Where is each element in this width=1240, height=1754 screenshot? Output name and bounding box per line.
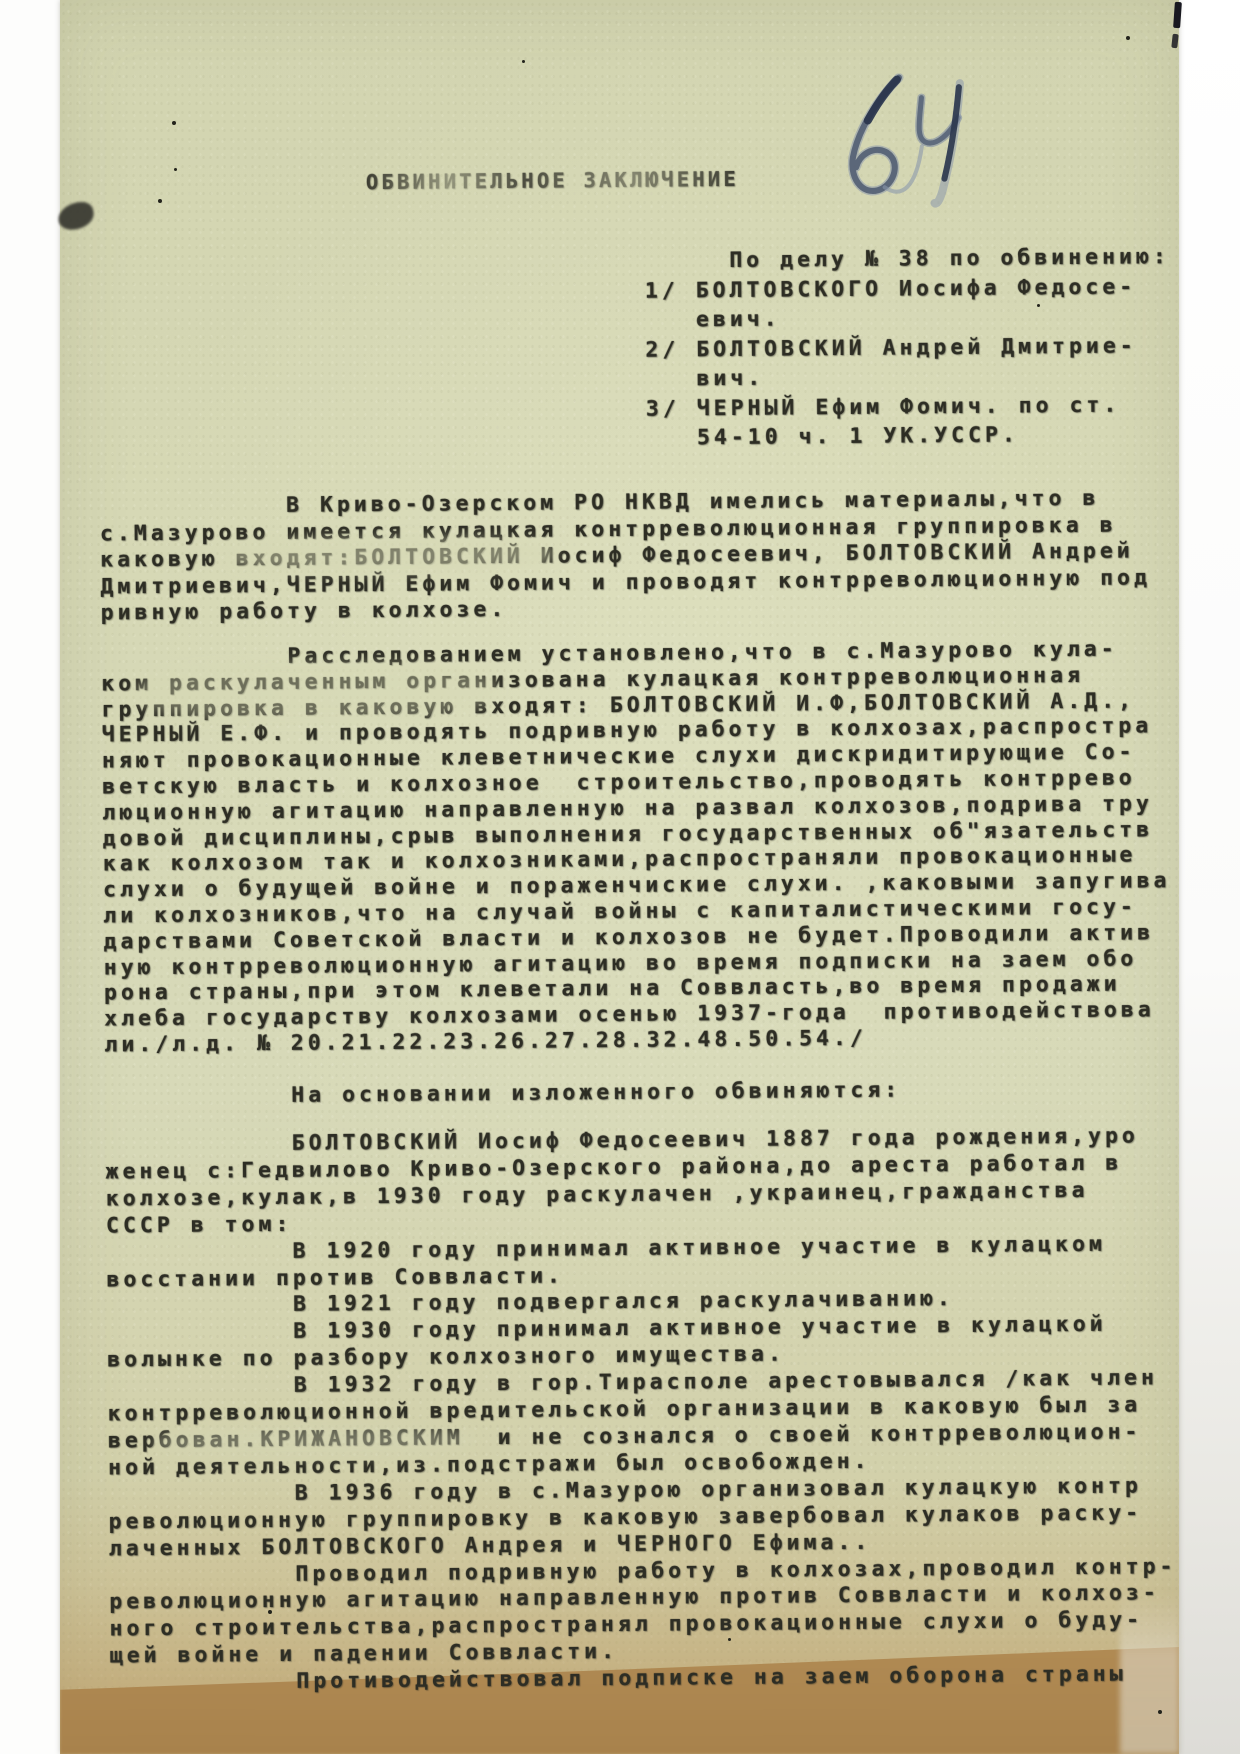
ink-speck [1158, 1710, 1162, 1714]
ink-speck [268, 1610, 272, 1614]
paper-sheet [60, 0, 1179, 1754]
ink-speck [522, 60, 525, 63]
ink-speck [728, 1638, 731, 1641]
scan-background [1179, 0, 1240, 1754]
ink-speck [158, 199, 162, 203]
ink-speck [174, 168, 177, 171]
edge-ink-mark [1171, 34, 1178, 49]
ink-speck [1126, 36, 1130, 40]
ink-speck [1037, 304, 1040, 307]
scanned-document-page: ОБВИНИТЕЛЬНОЕ ЗАКЛЮЧЕНИЕ По делу № 38 по… [0, 0, 1240, 1754]
ink-speck [172, 121, 176, 125]
paper-edge-fade [1120, 1590, 1179, 1754]
ink-smudge [56, 200, 97, 233]
